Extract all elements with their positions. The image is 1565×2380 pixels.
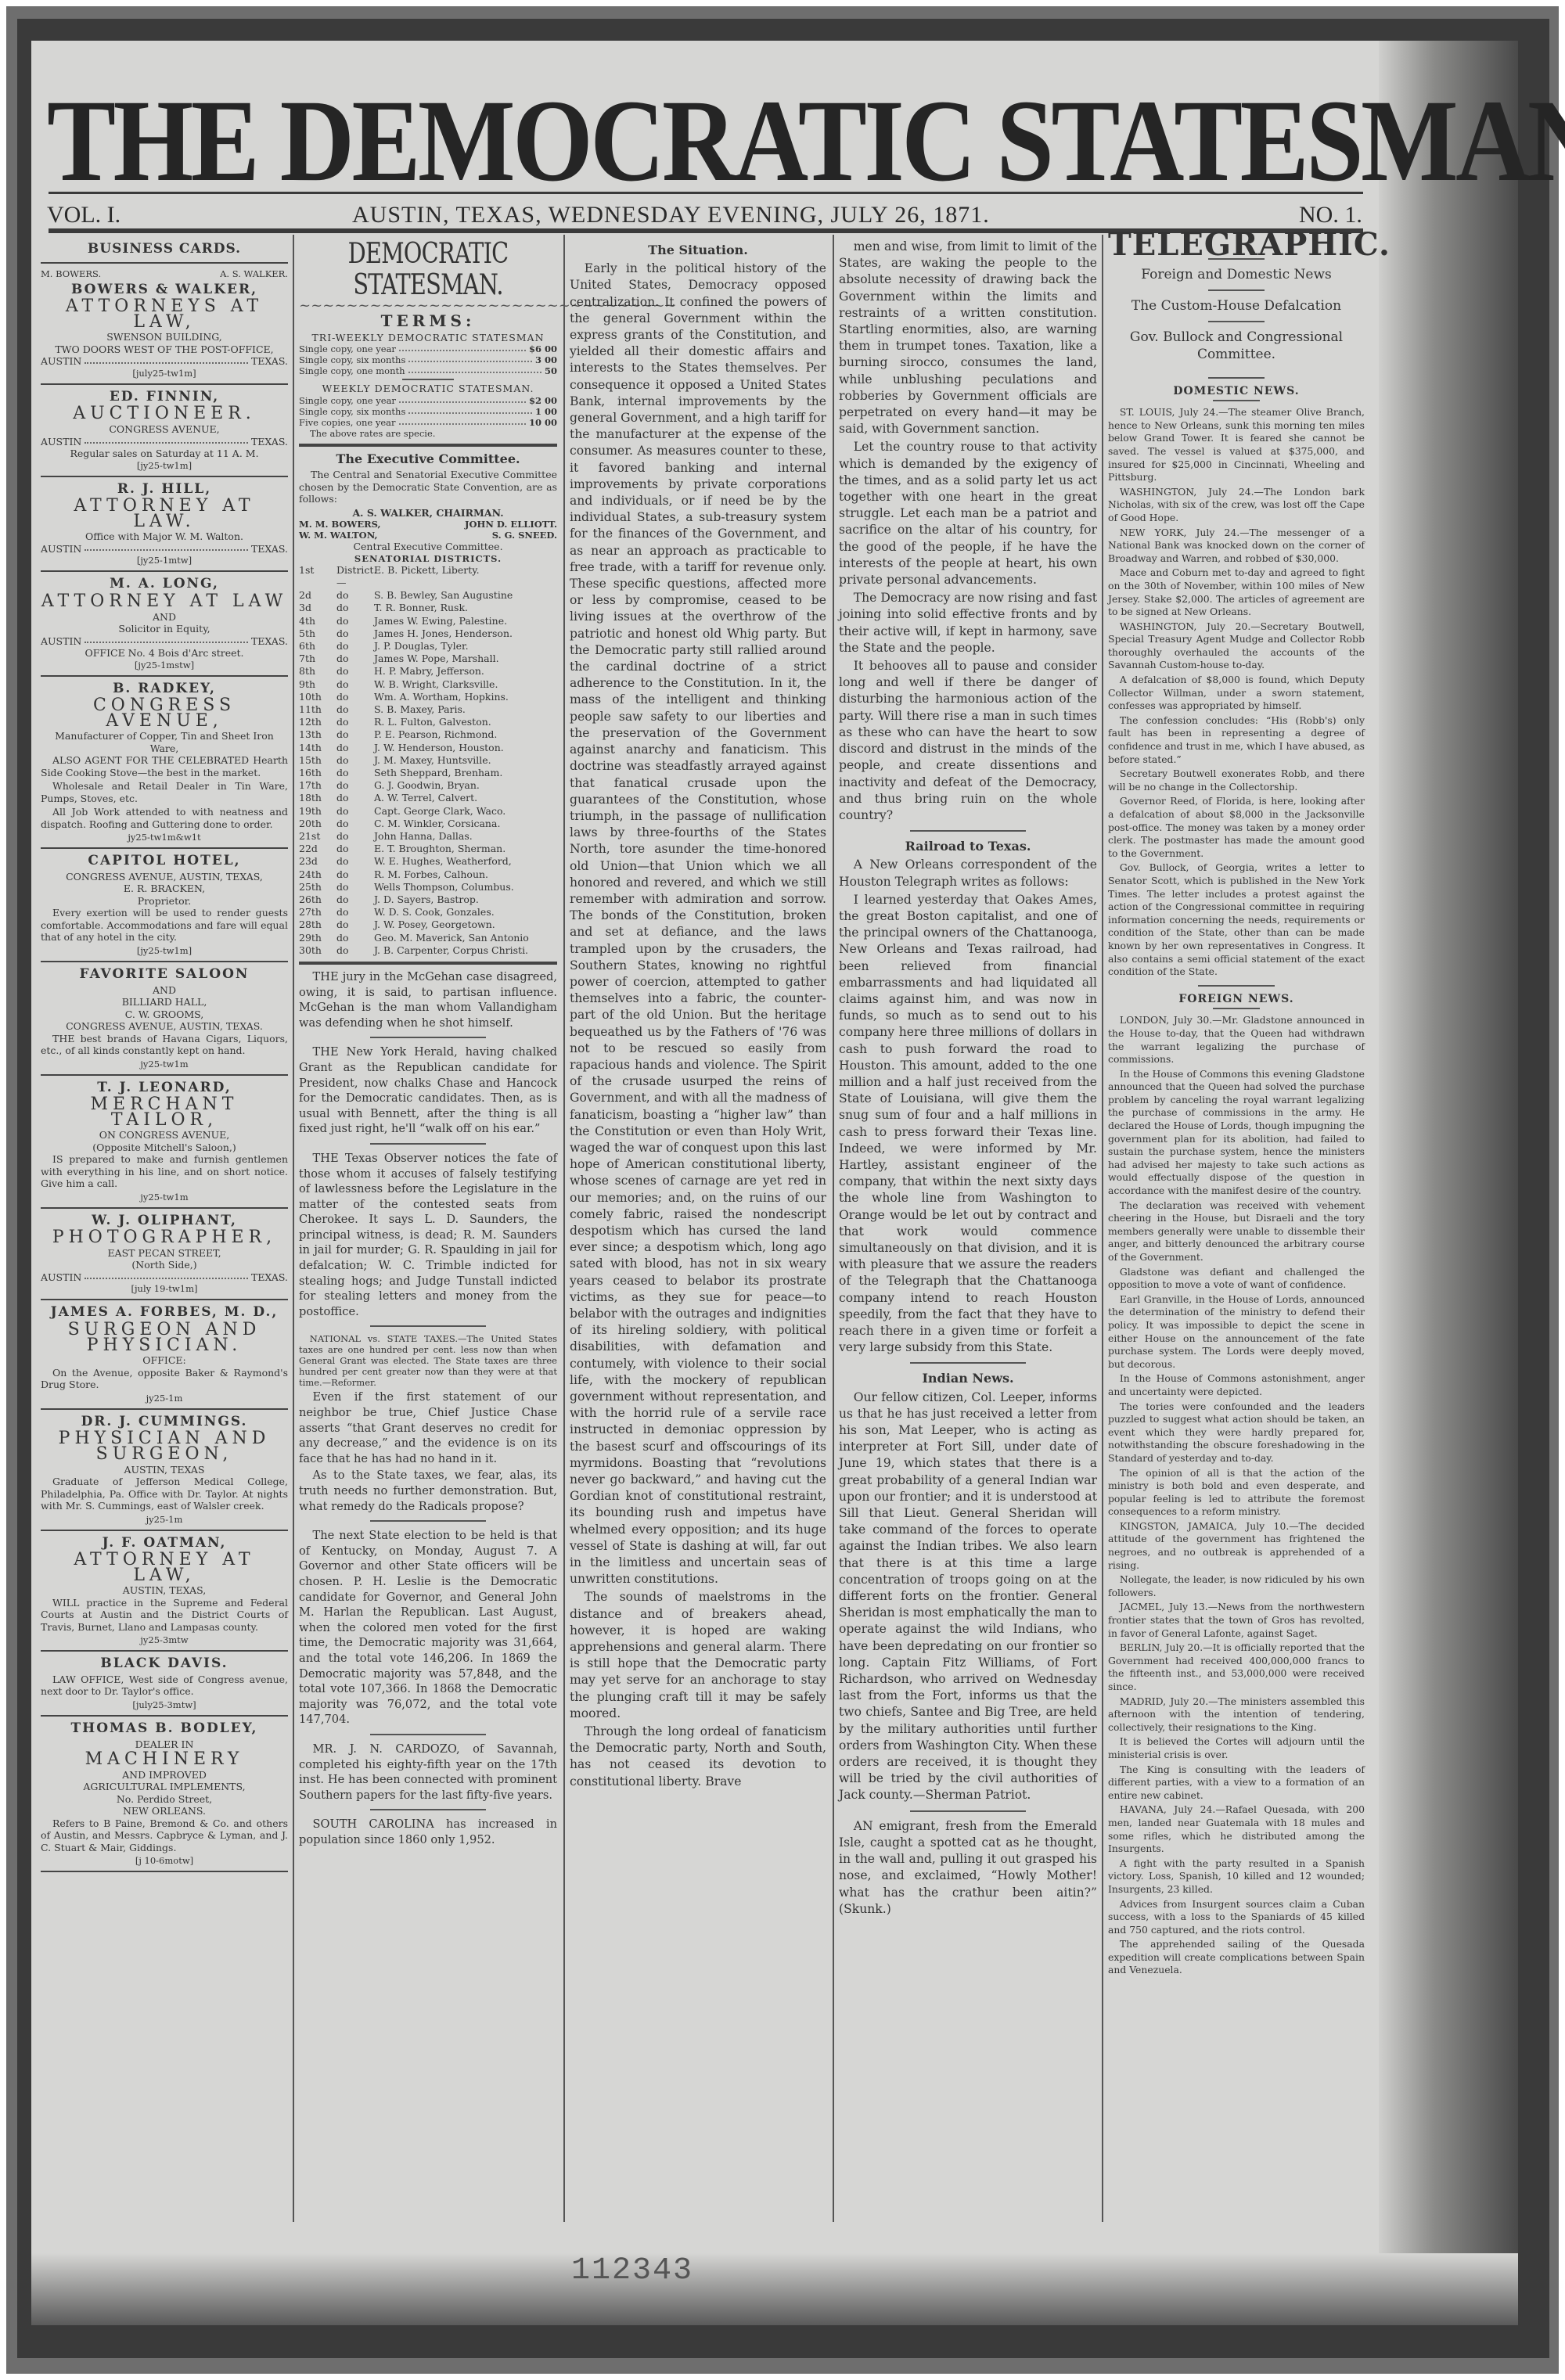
district-row: 23ddoW. E. Hughes, Weatherford, bbox=[299, 855, 557, 868]
article-paragraph: The opinion of all is that the action of… bbox=[1108, 1467, 1365, 1519]
partner-name: A. S. WALKER. bbox=[220, 268, 288, 279]
article-paragraph: NEW YORK, July 24.—The messenger of a Na… bbox=[1108, 527, 1365, 566]
card-note: Regular sales on Saturday at 11 A. M. bbox=[41, 448, 288, 460]
member: JOHN D. ELLIOTT. bbox=[465, 519, 557, 530]
central-committee-label: Central Executive Committee. bbox=[299, 541, 557, 553]
indian-news-article: Our fellow citizen, Col. Leeper, informs… bbox=[839, 1390, 1097, 1804]
district-row: 26thdoJ. D. Sayers, Bastrop. bbox=[299, 893, 557, 906]
senatorial-districts-list: 1stDistrict.—E. B. Pickett, Liberty.2ddo… bbox=[299, 564, 557, 957]
district-row: 21stdoJohn Hanna, Dallas. bbox=[299, 830, 557, 843]
district-ditto: do bbox=[336, 627, 374, 640]
district-ditto: do bbox=[336, 944, 374, 957]
district-row: 27thdoW. D. S. Cook, Gonzales. bbox=[299, 906, 557, 919]
card-code: jy25-1m bbox=[41, 1514, 288, 1525]
district-row: 13thdoP. E. Pearson, Richmond. bbox=[299, 728, 557, 741]
domestic-news-list: ST. LOUIS, July 24.—The steamer Olive Br… bbox=[1108, 406, 1365, 979]
committee-title: The Executive Committee. bbox=[299, 451, 557, 467]
business-card: M. A. LONG,ATTORNEY AT LAWANDSolicitor i… bbox=[41, 577, 288, 676]
district-ditto: do bbox=[336, 893, 374, 906]
address-city: AUSTIN bbox=[41, 635, 81, 648]
card-body: On the Avenue, opposite Baker & Raymond'… bbox=[41, 1367, 288, 1391]
card-line: Office with Major W. M. Walton. bbox=[41, 530, 288, 543]
card-separator bbox=[41, 1408, 288, 1410]
article-paragraph: I learned yesterday that Oakes Ames, the… bbox=[839, 892, 1097, 1357]
article-paragraph: WASHINGTON, July 24.—The London bark Nic… bbox=[1108, 486, 1365, 525]
district-number: 25th bbox=[299, 881, 336, 893]
card-line: AGRICULTURAL IMPLEMENTS, bbox=[41, 1781, 288, 1793]
price-value: 10 00 bbox=[529, 417, 557, 428]
article-paragraph: Earl Granville, in the House of Lords, a… bbox=[1108, 1293, 1365, 1372]
card-code: [july25-3mtw] bbox=[41, 1699, 288, 1710]
card-trade: MERCHANT TAILOR, bbox=[41, 1097, 288, 1127]
district-member: Seth Sheppard, Brenham. bbox=[374, 767, 502, 779]
business-card: B. RADKEY,CONGRESS AVENUE,Manufacturer o… bbox=[41, 681, 288, 850]
card-trade: ATTORNEYS AT LAW, bbox=[41, 299, 288, 329]
card-name: ED. FINNIN, bbox=[41, 390, 288, 405]
committee-intro: The Central and Senatorial Executive Com… bbox=[299, 469, 557, 505]
district-row: 17thdoG. J. Goodwin, Bryan. bbox=[299, 779, 557, 792]
card-line: CONGRESS AVENUE, bbox=[41, 423, 288, 436]
card-separator bbox=[41, 1715, 288, 1717]
district-ditto: do bbox=[336, 640, 374, 653]
district-row: 24thdoR. M. Forbes, Calhoun. bbox=[299, 868, 557, 881]
district-row: 30thdoJ. B. Carpenter, Corpus Christi. bbox=[299, 944, 557, 957]
rates-note: The above rates are specie. bbox=[299, 428, 557, 439]
card-trade: PHOTOGRAPHER, bbox=[41, 1230, 288, 1246]
item-rule bbox=[370, 1143, 487, 1145]
terms-column: DEMOCRATIC STATESMAN. ~~~~~~~~~~~~~~~~~~… bbox=[299, 239, 557, 1849]
district-row: 10thdoWm. A. Wortham, Hopkins. bbox=[299, 691, 557, 703]
editorial-items: THE jury in the McGehan case disagreed, … bbox=[299, 969, 557, 1319]
district-ditto: do bbox=[336, 881, 374, 893]
card-separator bbox=[41, 1650, 288, 1652]
card-body: THE best brands of Havana Cigars, Liquor… bbox=[41, 1033, 288, 1057]
card-address: AUSTINTEXAS. bbox=[41, 355, 288, 368]
district-number: 13th bbox=[299, 728, 336, 741]
district-row: 14thdoJ. W. Henderson, Houston. bbox=[299, 742, 557, 754]
article-paragraph: WASHINGTON, July 20.—Secretary Boutwell,… bbox=[1108, 620, 1365, 672]
wavy-rule: ~~~~~~~~~~~~~~~~~~~~~~~~~~~~~~~~ bbox=[299, 301, 557, 311]
article-paragraph: A New Orleans correspondent of the Houst… bbox=[839, 857, 1097, 890]
card-name: M. A. LONG, bbox=[41, 577, 288, 592]
district-ditto: do bbox=[336, 868, 374, 881]
article-paragraph: Gladstone was defiant and challenged the… bbox=[1108, 1266, 1365, 1292]
business-card: T. J. LEONARD,MERCHANT TAILOR,ON CONGRES… bbox=[41, 1080, 288, 1209]
weekly-title: WEEKLY DEMOCRATIC STATESMAN. bbox=[299, 383, 557, 395]
card-name: CAPITOL HOTEL, bbox=[41, 854, 288, 869]
address-state: TEXAS. bbox=[251, 436, 288, 448]
editorial-item: THE jury in the McGehan case disagreed, … bbox=[299, 969, 557, 1030]
article-paragraph: The Democracy are now rising and fast jo… bbox=[839, 590, 1097, 656]
card-trade: ATTORNEY AT LAW bbox=[41, 594, 288, 609]
news-column: men and wise, from limit to limit of the… bbox=[839, 239, 1097, 1919]
district-number: 19th bbox=[299, 805, 336, 818]
card-address: AUSTINTEXAS. bbox=[41, 543, 288, 555]
article-paragraph: In the House of Commons astonishment, an… bbox=[1108, 1372, 1365, 1398]
district-number: 28th bbox=[299, 919, 336, 931]
district-ditto: do bbox=[336, 843, 374, 855]
district-number: 20th bbox=[299, 818, 336, 830]
article-paragraph: Nollegate, the leader, is now ridiculed … bbox=[1108, 1573, 1365, 1599]
district-member: James W. Ewing, Palestine. bbox=[374, 615, 507, 627]
card-code: [jy25-1mstw] bbox=[41, 660, 288, 670]
card-code: jy25-tw1m bbox=[41, 1059, 288, 1070]
situation-continued: men and wise, from limit to limit of the… bbox=[839, 239, 1097, 824]
article-paragraph: ST. LOUIS, July 24.—The steamer Olive Br… bbox=[1108, 406, 1365, 484]
district-member: John Hanna, Dallas. bbox=[374, 830, 473, 843]
archive-stamp-number: 112343 bbox=[571, 2253, 693, 2288]
article-paragraph: A fight with the party resulted in a Spa… bbox=[1108, 1857, 1365, 1896]
editorial-paragraph: As to the State taxes, we fear, alas, it… bbox=[299, 1468, 557, 1514]
column-heading: BUSINESS CARDS. bbox=[41, 242, 288, 257]
district-row: 18thdoA. W. Terrel, Calvert. bbox=[299, 792, 557, 804]
district-row: 7thdoJames W. Pope, Marshall. bbox=[299, 653, 557, 665]
district-member: S. B. Bewley, San Augustine bbox=[374, 589, 513, 602]
member: M. M. BOWERS, bbox=[299, 519, 381, 530]
price-label: Single copy, one year bbox=[299, 395, 396, 406]
business-card: ED. FINNIN,AUCTIONEER.CONGRESS AVENUE,AU… bbox=[41, 390, 288, 477]
article-paragraph: It behooves all to pause and consider lo… bbox=[839, 658, 1097, 824]
price-leader bbox=[399, 343, 526, 351]
district-member: J. D. Sayers, Bastrop. bbox=[374, 893, 479, 906]
card-name: DR. J. CUMMINGS. bbox=[41, 1415, 288, 1430]
district-row: 5thdoJames H. Jones, Henderson. bbox=[299, 627, 557, 640]
committee-chairman: A. S. WALKER, CHAIRMAN. bbox=[299, 507, 557, 520]
article-paragraph: The apprehended sailing of the Quesada e… bbox=[1108, 1938, 1365, 1977]
situation-article: Early in the political history of the Un… bbox=[570, 261, 826, 1790]
card-separator bbox=[41, 1299, 288, 1300]
article-paragraph: Our fellow citizen, Col. Leeper, informs… bbox=[839, 1390, 1097, 1804]
address-leader bbox=[85, 436, 248, 444]
district-row: 19thdoCapt. George Clark, Waco. bbox=[299, 805, 557, 818]
district-member: C. M. Winkler, Corsicana. bbox=[374, 818, 500, 830]
district-row: 12thdoR. L. Fulton, Galveston. bbox=[299, 716, 557, 728]
address-leader bbox=[85, 635, 248, 644]
address-leader bbox=[85, 543, 248, 552]
district-number: 15th bbox=[299, 754, 336, 767]
article-paragraph: LONDON, July 30.—Mr. Gladstone announced… bbox=[1108, 1014, 1365, 1066]
district-number: 18th bbox=[299, 792, 336, 804]
district-member: S. B. Maxey, Paris. bbox=[374, 703, 466, 716]
article-paragraph: Governor Reed, of Florida, is here, look… bbox=[1108, 795, 1365, 860]
district-row: 28thdoJ. W. Posey, Georgetown. bbox=[299, 919, 557, 931]
district-ditto: District.— bbox=[336, 564, 374, 589]
address-state: TEXAS. bbox=[251, 635, 288, 648]
district-row: 9thdoW. B. Wright, Clarksville. bbox=[299, 678, 557, 691]
card-separator bbox=[41, 1871, 288, 1872]
telegraphic-title: TELEGRAPHIC. bbox=[1108, 239, 1365, 252]
card-line: Manufacturer of Copper, Tin and Sheet Ir… bbox=[41, 730, 288, 754]
address-leader bbox=[85, 1271, 248, 1280]
price-value: 3 00 bbox=[535, 354, 557, 365]
price-row: Single copy, six months1 00 bbox=[299, 406, 557, 417]
taxes-comment: Even if the first statement of our neigh… bbox=[299, 1390, 557, 1514]
card-address: AUSTINTEXAS. bbox=[41, 436, 288, 448]
district-member: J. M. Maxey, Huntsville. bbox=[374, 754, 491, 767]
member: W. M. WALTON, bbox=[299, 530, 377, 541]
business-card: W. J. OLIPHANT,PHOTOGRAPHER,EAST PECAN S… bbox=[41, 1213, 288, 1301]
district-ditto: do bbox=[336, 919, 374, 931]
card-code: [july25-tw1m] bbox=[41, 368, 288, 379]
business-cards-column: BUSINESS CARDS. M. BOWERS.A. S. WALKER.B… bbox=[41, 239, 288, 1877]
district-number: 24th bbox=[299, 868, 336, 881]
price-row: Single copy, six months3 00 bbox=[299, 354, 557, 365]
card-line: SWENSON BUILDING, bbox=[41, 331, 288, 343]
address-state: TEXAS. bbox=[251, 1271, 288, 1284]
district-ditto: do bbox=[336, 653, 374, 665]
district-number: 8th bbox=[299, 665, 336, 678]
card-line: AUSTIN, TEXAS, bbox=[41, 1584, 288, 1597]
card-separator bbox=[41, 1207, 288, 1209]
district-member: R. M. Forbes, Calhoun. bbox=[374, 868, 488, 881]
card-line: AUSTIN, TEXAS bbox=[41, 1464, 288, 1476]
weekly-prices: Single copy, one year$2 00Single copy, s… bbox=[299, 395, 557, 428]
card-separator bbox=[41, 476, 288, 477]
terms-title: TERMS: bbox=[299, 314, 557, 329]
business-card: R. J. HILL,ATTORNEY AT LAW.Office with M… bbox=[41, 482, 288, 573]
masthead-title: THE DEMOCRATIC STATESMAN. bbox=[47, 82, 1218, 200]
card-line: TWO DOORS WEST OF THE POST-OFFICE, bbox=[41, 343, 288, 356]
column-divider bbox=[293, 235, 294, 2222]
taxes-quote: NATIONAL vs. STATE TAXES.—The United Sta… bbox=[299, 1333, 557, 1388]
card-separator bbox=[41, 383, 288, 385]
price-value: $6 00 bbox=[529, 343, 557, 354]
district-member: W. B. Wright, Clarksville. bbox=[374, 678, 498, 691]
card-separator bbox=[41, 847, 288, 849]
district-ditto: do bbox=[336, 767, 374, 779]
district-number: 12th bbox=[299, 716, 336, 728]
district-row: 20thdoC. M. Winkler, Corsicana. bbox=[299, 818, 557, 830]
card-name: BOWERS & WALKER, bbox=[41, 282, 288, 298]
price-leader bbox=[408, 406, 532, 414]
emigrant-item: AN emigrant, fresh from the Emerald Isle… bbox=[839, 1818, 1097, 1918]
foreign-news-list: LONDON, July 30.—Mr. Gladstone announced… bbox=[1108, 1014, 1365, 1977]
address-city: AUSTIN bbox=[41, 543, 81, 555]
district-member: Geo. M. Maverick, San Antonio bbox=[374, 932, 529, 944]
district-ditto: do bbox=[336, 805, 374, 818]
price-value: $2 00 bbox=[529, 395, 557, 406]
paper-edge-shadow bbox=[1379, 41, 1518, 2325]
card-name: W. J. OLIPHANT, bbox=[41, 1213, 288, 1229]
districts-label: SENATORIAL DISTRICTS. bbox=[299, 553, 557, 564]
district-ditto: do bbox=[336, 818, 374, 830]
card-line: EAST PECAN STREET, bbox=[41, 1247, 288, 1260]
district-member: H. P. Mabry, Jefferson. bbox=[374, 665, 484, 678]
article-paragraph: JACMEL, July 13.—News from the northwest… bbox=[1108, 1601, 1365, 1640]
district-member: J. W. Posey, Georgetown. bbox=[374, 919, 495, 931]
district-number: 14th bbox=[299, 742, 336, 754]
business-card: M. BOWERS.A. S. WALKER.BOWERS & WALKER,A… bbox=[41, 268, 288, 385]
district-member: Wells Thompson, Columbus. bbox=[374, 881, 514, 893]
price-label: Single copy, six months bbox=[299, 354, 405, 365]
district-ditto: do bbox=[336, 742, 374, 754]
district-number: 26th bbox=[299, 893, 336, 906]
card-body: Every exertion will be used to render gu… bbox=[41, 907, 288, 944]
card-separator bbox=[41, 570, 288, 572]
article-paragraph: Gov. Bullock, of Georgia, writes a lette… bbox=[1108, 861, 1365, 978]
district-member: James H. Jones, Henderson. bbox=[374, 627, 513, 640]
district-ditto: do bbox=[336, 691, 374, 703]
district-number: 27th bbox=[299, 906, 336, 919]
column-divider bbox=[833, 235, 834, 2222]
card-code: [j 10-6motw] bbox=[41, 1855, 288, 1866]
card-trade: SURGEON AND PHYSICIAN. bbox=[41, 1322, 288, 1353]
district-number: 30th bbox=[299, 944, 336, 957]
business-card: THOMAS B. BODLEY,DEALER INMACHINERYAND I… bbox=[41, 1721, 288, 1872]
district-number: 9th bbox=[299, 678, 336, 691]
district-member: J. P. Douglas, Tyler. bbox=[374, 640, 469, 653]
business-cards-list: M. BOWERS.A. S. WALKER.BOWERS & WALKER,A… bbox=[41, 268, 288, 1873]
district-ditto: do bbox=[336, 754, 374, 767]
district-ditto: do bbox=[336, 716, 374, 728]
card-name: BLACK DAVIS. bbox=[41, 1656, 288, 1672]
district-number: 2d bbox=[299, 589, 336, 602]
date-text: AUSTIN, TEXAS, WEDNESDAY EVENING, JULY 2… bbox=[352, 202, 990, 228]
district-ditto: do bbox=[336, 728, 374, 741]
card-body: LAW OFFICE, West side of Congress avenue… bbox=[41, 1674, 288, 1698]
indian-news-heading: Indian News. bbox=[839, 1370, 1097, 1386]
foreign-news-heading: FOREIGN NEWS. bbox=[1108, 993, 1365, 1006]
card-code: [jy25-1mtw] bbox=[41, 555, 288, 566]
business-card: JAMES A. FORBES, M. D.,SURGEON AND PHYSI… bbox=[41, 1305, 288, 1409]
card-address: AUSTINTEXAS. bbox=[41, 1271, 288, 1284]
price-label: Single copy, one year bbox=[299, 343, 396, 354]
paper-bottom-shadow bbox=[31, 2253, 1518, 2325]
article-paragraph: BERLIN, July 20.—It is officially report… bbox=[1108, 1641, 1365, 1693]
partner-name: M. BOWERS. bbox=[41, 268, 101, 279]
district-ditto: do bbox=[336, 855, 374, 868]
card-line: No. Perdido Street, bbox=[41, 1793, 288, 1806]
card-line: BILLIARD HALL, bbox=[41, 996, 288, 1008]
card-line: AND bbox=[41, 984, 288, 997]
card-code: jy25-tw1m&w1t bbox=[41, 832, 288, 843]
editorial-paragraph: Even if the first statement of our neigh… bbox=[299, 1390, 557, 1466]
article-paragraph: The sounds of maelstroms in the distance… bbox=[570, 1589, 826, 1722]
statesman-header: DEMOCRATIC STATESMAN. bbox=[325, 239, 531, 301]
card-line: DEALER IN bbox=[41, 1738, 288, 1751]
card-name: THOMAS B. BODLEY, bbox=[41, 1721, 288, 1737]
card-separator bbox=[41, 1074, 288, 1076]
card-note: OFFICE No. 4 Bois d'Arc street. bbox=[41, 647, 288, 660]
district-row: 4thdoJames W. Ewing, Palestine. bbox=[299, 615, 557, 627]
article-paragraph: The tories were confounded and the leade… bbox=[1108, 1400, 1365, 1465]
card-code: jy25-3mtw bbox=[41, 1634, 288, 1645]
card-name: R. J. HILL, bbox=[41, 482, 288, 498]
address-state: TEXAS. bbox=[251, 355, 288, 368]
card-body: All Job Work attended to with neatness a… bbox=[41, 806, 288, 830]
address-city: AUSTIN bbox=[41, 436, 81, 448]
card-code: [jy25-tw1m] bbox=[41, 460, 288, 471]
district-ditto: do bbox=[336, 830, 374, 843]
card-line: (North Side,) bbox=[41, 1259, 288, 1271]
card-name: J. F. OATMAN, bbox=[41, 1536, 288, 1551]
card-line: Proprietor. bbox=[41, 895, 288, 908]
card-body: ALSO AGENT FOR THE CELEBRATED Hearth Sid… bbox=[41, 754, 288, 778]
price-row: Single copy, one year$2 00 bbox=[299, 395, 557, 406]
card-line: E. R. BRACKEN, bbox=[41, 883, 288, 895]
article-paragraph: The confession concludes: “His (Robb's) … bbox=[1108, 714, 1365, 766]
address-city: AUSTIN bbox=[41, 1271, 81, 1284]
district-row: 11thdoS. B. Maxey, Paris. bbox=[299, 703, 557, 716]
south-carolina-item: SOUTH CAROLINA has increased in populati… bbox=[299, 1817, 557, 1847]
article-paragraph: Let the country rouse to that activity w… bbox=[839, 439, 1097, 588]
business-card: J. F. OATMAN,ATTORNEY AT LAW,AUSTIN, TEX… bbox=[41, 1536, 288, 1652]
district-row: 3ddoT. R. Bonner, Rusk. bbox=[299, 602, 557, 614]
domestic-news-heading: DOMESTIC NEWS. bbox=[1108, 385, 1365, 398]
district-number: 4th bbox=[299, 615, 336, 627]
district-ditto: do bbox=[336, 602, 374, 614]
column-divider bbox=[1102, 235, 1103, 2222]
situation-heading: The Situation. bbox=[570, 242, 826, 258]
district-member: W. D. S. Cook, Gonzales. bbox=[374, 906, 495, 919]
district-number: 22d bbox=[299, 843, 336, 855]
district-number: 21st bbox=[299, 830, 336, 843]
district-ditto: do bbox=[336, 779, 374, 792]
district-number: 7th bbox=[299, 653, 336, 665]
card-trade: CONGRESS AVENUE, bbox=[41, 698, 288, 728]
district-member: J. B. Carpenter, Corpus Christi. bbox=[374, 944, 528, 957]
district-member: T. R. Bonner, Rusk. bbox=[374, 602, 468, 614]
price-leader bbox=[399, 395, 526, 403]
district-member: E. T. Broughton, Sherman. bbox=[374, 843, 505, 855]
district-member: E. B. Pickett, Liberty. bbox=[374, 564, 480, 589]
card-line: OFFICE: bbox=[41, 1354, 288, 1367]
article-paragraph: MADRID, July 20.—The ministers assembled… bbox=[1108, 1695, 1365, 1735]
district-member: R. L. Fulton, Galveston. bbox=[374, 716, 491, 728]
district-number: 17th bbox=[299, 779, 336, 792]
district-row: 16thdoSeth Sheppard, Brenham. bbox=[299, 767, 557, 779]
price-leader bbox=[408, 365, 541, 373]
business-card: FAVORITE SALOONANDBILLIARD HALL,C. W. GR… bbox=[41, 967, 288, 1076]
card-code: [jy25-tw1m] bbox=[41, 945, 288, 956]
volume-label: VOL. I. bbox=[47, 202, 121, 228]
district-ditto: do bbox=[336, 589, 374, 602]
article-paragraph: In the House of Commons this evening Gla… bbox=[1108, 1068, 1365, 1198]
district-ditto: do bbox=[336, 615, 374, 627]
card-line: (Opposite Mitchell's Saloon,) bbox=[41, 1141, 288, 1154]
district-number: 16th bbox=[299, 767, 336, 779]
railroad-heading: Railroad to Texas. bbox=[839, 838, 1097, 854]
telegraphic-column: TELEGRAPHIC. Foreign and Domestic News T… bbox=[1108, 239, 1365, 1979]
subhead: Foreign and Domestic News bbox=[1108, 266, 1365, 283]
price-row: Single copy, one year$6 00 bbox=[299, 343, 557, 354]
card-line: ON CONGRESS AVENUE, bbox=[41, 1129, 288, 1141]
card-line: CONGRESS AVENUE, AUSTIN, TEXAS. bbox=[41, 1020, 288, 1033]
card-separator bbox=[41, 1530, 288, 1531]
card-trade: PHYSICIAN AND SURGEON, bbox=[41, 1431, 288, 1461]
price-value: 50 bbox=[545, 365, 557, 376]
district-row: 25thdoWells Thompson, Columbus. bbox=[299, 881, 557, 893]
article-paragraph: Advices from Insurgent sources claim a C… bbox=[1108, 1898, 1365, 1937]
editorial-item: THE Texas Observer notices the fate of t… bbox=[299, 1151, 557, 1320]
district-row: 6thdoJ. P. Douglas, Tyler. bbox=[299, 640, 557, 653]
district-member: Wm. A. Wortham, Hopkins. bbox=[374, 691, 509, 703]
article-paragraph: Through the long ordeal of fanaticism th… bbox=[570, 1724, 826, 1790]
card-name: B. RADKEY, bbox=[41, 681, 288, 697]
district-ditto: do bbox=[336, 792, 374, 804]
district-ditto: do bbox=[336, 678, 374, 691]
price-leader bbox=[408, 354, 532, 362]
article-paragraph: Early in the political history of the Un… bbox=[570, 261, 826, 1587]
card-partners: M. BOWERS.A. S. WALKER. bbox=[41, 268, 288, 279]
district-number: 6th bbox=[299, 640, 336, 653]
article-paragraph: The King is consulting with the leaders … bbox=[1108, 1763, 1365, 1803]
address-leader bbox=[85, 355, 248, 364]
subhead: The Custom-House Defalcation bbox=[1108, 297, 1365, 315]
district-member: A. W. Terrel, Calvert. bbox=[374, 792, 477, 804]
price-row: Single copy, one month50 bbox=[299, 365, 557, 376]
district-member: James W. Pope, Marshall. bbox=[374, 653, 499, 665]
